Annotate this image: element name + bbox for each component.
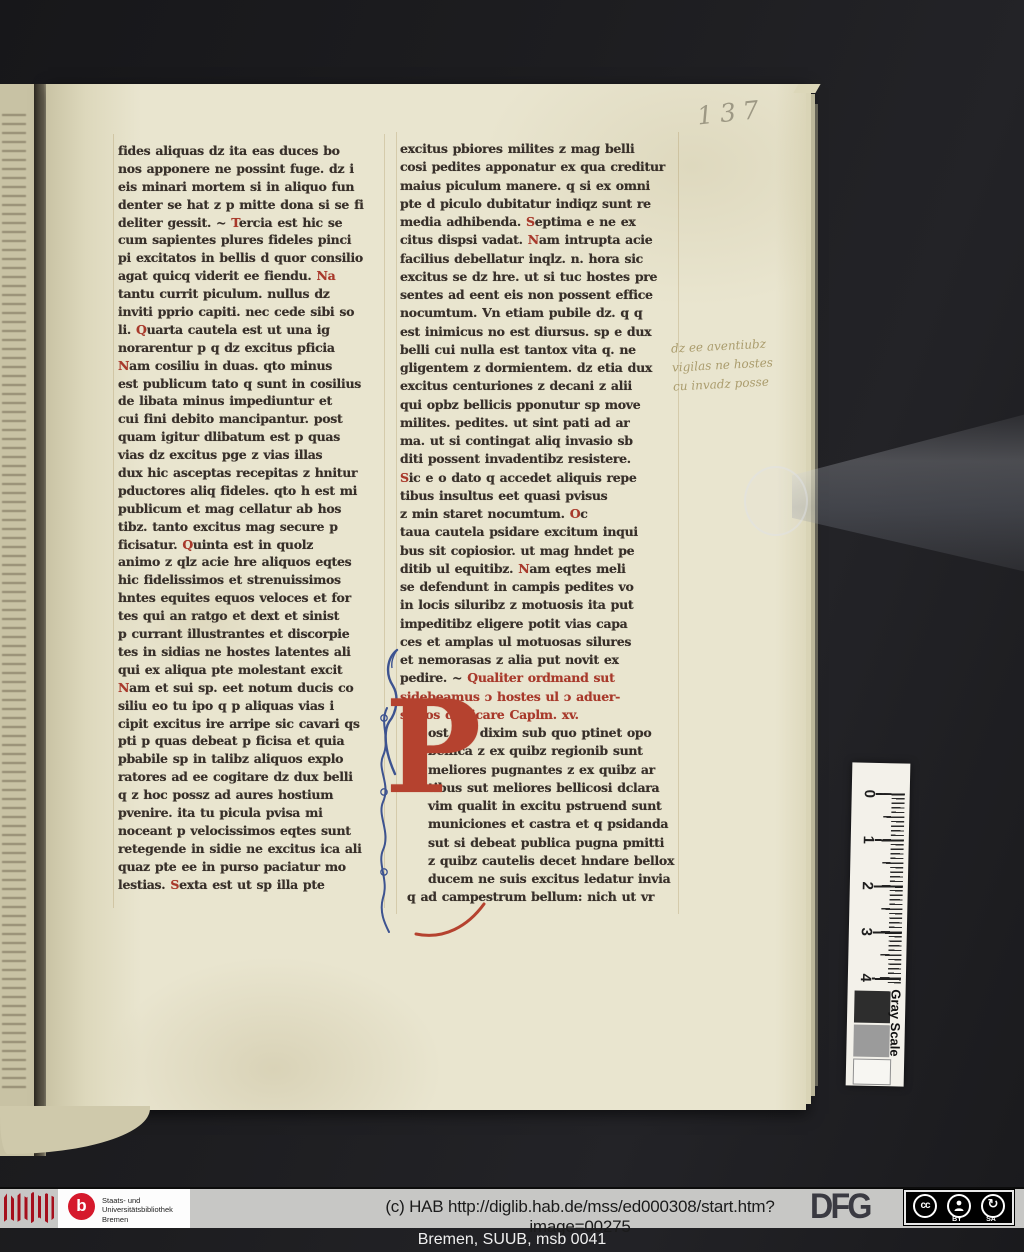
page-holder-strip [792,404,1024,582]
cc-by-label: BY [945,1216,969,1223]
manuscript-line: in locis siluribz z motuosis ita put [400,596,676,614]
manuscript-line: z min staret nocumtum. Oc [400,505,676,523]
manuscript-line: pvenire. ita tu picula pvisa mi [118,804,384,822]
manuscript-line: est inimicus no est diursus. sp e dux [400,323,676,341]
page-bottom-curve [0,1106,150,1154]
ink-text: li. [118,322,136,337]
manuscript-line: p currant illustrantes et discorpie [118,625,384,643]
ink-text: uinta est in quolz [193,537,313,552]
library-name-line: Universitätsbibliothek [102,1205,173,1214]
manuscript-line: pte d piculo dubitatur indiqz sunt re [400,195,676,213]
manuscript-line: cipit excitus ire arripe sic cavari qs [118,715,384,733]
gray-scale-label: Gray Scale [887,989,903,1057]
manuscript-line: tantu currit piculum. nullus dz [118,285,384,303]
rubricated-text: T [231,215,239,230]
cc-logo-icon: cc [913,1194,937,1218]
manuscript-line: maius piculum manere. q si ex omni [400,177,676,195]
manuscript-line: taua cautela psidare excitum inqui [400,523,676,541]
manuscript-line: siliu eo tu ipo q p aliquas vias i [118,697,384,715]
manuscript-line: tibus insultus eet quasi pvisus [400,487,676,505]
manuscript-line: pductores aliq fideles. qto h est mi [118,482,384,500]
previous-leaf-edge [0,84,34,1156]
grayscale-swatch-light [853,1059,892,1086]
manuscript-line: animo z qlz acie hre aliquos eqtes [118,553,384,571]
manuscript-line: norarentur p q dz excitus pficia [118,339,384,357]
ink-text: ficisatur. [118,537,182,552]
manuscript-line: excitus se dz hre. ut si tuc hostes pre [400,268,676,286]
rubricated-text: N [528,232,539,247]
rubricated-text: Q [136,322,147,337]
library-name-line: Staats- und [102,1196,173,1205]
manuscript-line: sentes ad eent eis non possent effice [400,286,676,304]
rubricated-text: S [526,214,535,229]
manuscript-line: Nam cosiliu in duas. qto minus [118,357,384,375]
manuscript-line: noceant p velocissimos eqtes sunt [118,822,384,840]
grayscale-swatch-mid [853,1025,890,1058]
rubricated-text: N [118,680,129,695]
ink-text: am eqtes meli [529,561,625,576]
manuscript-line: pti p quas debeat p ficisa et quia [118,732,384,750]
manuscript-line: inviti pprio capiti. nec cede sibi so [118,303,384,321]
manuscript-line: tibz. tanto excitus mag secure p [118,518,384,536]
manuscript-line: milites. pedites. ut sint pati ad ar [400,414,676,432]
manuscript-line: agat quicq viderit ee fiendu. Na [118,267,384,285]
rubricated-text: N [518,561,529,576]
manuscript-line: lestias. Sexta est ut sp illa pte [118,876,384,894]
manuscript-line: li. Quarta cautela est ut una ig [118,321,384,339]
manuscript-line: ducem ne suis excitus ledatur invia [400,870,676,888]
ruler-number: 3 [853,920,875,942]
manuscript-line: dux hic asceptas recepitas z hnitur [118,464,384,482]
manuscript-line: retegende in sidie ne excitus ica ali [118,840,384,858]
measuring-ruler: 0 1 2 3 4 Gray Scale [846,762,911,1086]
manuscript-line: hic fidelissimos et strenuissimos [118,571,384,589]
leaf-corner [793,84,820,93]
ruling-line [113,134,114,908]
manuscript-line: bus sit copiosior. ut mag hndet pe [400,542,676,560]
manuscript-line: z quibz cautelis decet hndare bellox [400,852,676,870]
manuscript-line: ditib ul equitibz. Nam eqtes meli [400,560,676,578]
manuscript-line: deliter gessit. ~ Tercia est hic se [118,214,384,232]
rubricated-text: O [570,506,581,521]
manuscript-line: tes qui an ratgo et dext et sinist [118,607,384,625]
ink-text: citus dispsi vadat. [400,232,528,247]
dfg-logo: DFG [810,1188,870,1226]
manuscript-line: ratores ad ee cogitare dz dux belli [118,768,384,786]
ink-text: c [580,506,587,521]
fore-edge-leaf [815,104,818,1086]
digitized-manuscript-photo: 137 fides aliquas dz ita eas duces bonos… [0,0,1024,1252]
manuscript-line: est publicum tato q sunt in cosilius [118,375,384,393]
manuscript-line: denter se hat z p mitte dona si se fi [118,196,384,214]
rubricated-text: S [400,470,409,485]
suub-barcode-logo-icon [4,1192,54,1223]
manuscript-line: eis minari mortem si in aliquo fun [118,178,384,196]
library-logo-block: b Staats- und Universitätsbibliothek Bre… [58,1189,190,1228]
manuscript-line: sut si debeat publica pugna pmitti [400,834,676,852]
rubricated-text: Qualiter ordmand sut [467,670,614,685]
manuscript-line: de libata minus impediuntur et [118,392,384,410]
manuscript-line: excitus centuriones z decani z alii [400,377,676,395]
ink-text: z min staret nocumtum. [400,506,570,521]
ink-text: uarta cautela est ut una ig [147,322,330,337]
manuscript-line: pi excitatos in bellis d quor consilio [118,249,384,267]
ink-text: deliter gessit. ~ [118,215,231,230]
manuscript-line: fides aliquas dz ita eas duces bo [118,142,384,160]
rubricated-text: N [118,358,129,373]
book-gutter-shadow [34,84,46,1156]
ink-text: eptima e ne ex [535,214,636,229]
ruler-number: 4 [852,966,874,988]
manuscript-line: ces et amplas ul motuosas silures [400,633,676,651]
manuscript-line: nos apponere ne possint fuge. dz i [118,160,384,178]
manuscript-line: excitus pbiores milites z mag belli [400,140,676,158]
manuscript-line: ficisatur. Quinta est in quolz [118,536,384,554]
manuscript-line: tes in sidias ne hostes latentes ali [118,643,384,661]
creative-commons-block: cc ↻ BY SA [903,1189,1015,1226]
library-name-line: Bremen [102,1215,173,1224]
manuscript-line: gligentem z dormientem. dz etia dux [400,359,676,377]
red-swash-icon [408,900,488,944]
manuscript-line: cui fini debito mancipantur. post [118,410,384,428]
manuscript-line: cum sapientes plures fideles pinci [118,231,384,249]
manuscript-line: nocumtum. Vn etiam pubile dz. q q [400,304,676,322]
manuscript-line: media adhibenda. Septima e ne ex [400,213,676,231]
rubricated-text: Q [182,537,193,552]
ink-text: ic e o dato q accedet aliquis repe [409,470,637,485]
ink-text: media adhibenda. [400,214,526,229]
manuscript-line: facilius debellatur inqlz. n. hora sic [400,250,676,268]
cc-by-person-icon [947,1194,971,1218]
manuscript-line: quaz pte ee in purso paciatur mo [118,858,384,876]
manuscript-line: pbabile sp in talibz aliquos explo [118,750,384,768]
ink-text: exta est ut sp illa pte [179,877,324,892]
left-text-column: fides aliquas dz ita eas duces bonos app… [118,142,384,893]
manuscript-line: quam igitur dlibatum est p quas [118,428,384,446]
ink-text: ercia est hic se [239,215,342,230]
manuscript-line: cosi pedites apponatur ex qua creditur [400,158,676,176]
ink-text: am intrupta acie [539,232,653,247]
cc-sa-arrow-icon: ↻ [981,1194,1005,1218]
ink-text: agat quicq viderit ee fiendu. [118,268,316,283]
manuscript-line: belli cui nulla est tantox vita q. ne [400,341,676,359]
grayscale-swatch-dark [854,991,891,1024]
manuscript-line: diti possent invadentibz resistere. [400,450,676,468]
manuscript-line: Sic e o dato q accedet aliquis repe [400,469,676,487]
ruler-number: 2 [854,874,876,896]
manuscript-line: hntes equites equos veloces et for [118,589,384,607]
ruler-number: 1 [855,828,877,850]
shelfmark-caption: Bremen, SUUB, msb 0041 [0,1231,1024,1249]
manuscript-line: Nam et sui sp. eet notum ducis co [118,679,384,697]
manuscript-line: ma. ut si contingat aliq invasio sb [400,432,676,450]
manuscript-line: publicum et mag cellatur ab hos [118,500,384,518]
page-holder-clip [744,466,808,536]
initial-letter-glyph: P [385,684,481,812]
library-b-logo-icon: b [68,1193,95,1220]
manuscript-line: citus dispsi vadat. Nam intrupta acie [400,231,676,249]
ink-text: am et sui sp. eet notum ducis co [129,680,353,695]
library-name: Staats- und Universitätsbibliothek Breme… [102,1196,173,1224]
ink-text: ditib ul equitibz. [400,561,518,576]
ruler-number: 0 [856,783,878,805]
ruling-line [678,132,679,914]
ruler-cm-ticks [872,793,905,985]
manuscript-line: impeditibz eligere potit vias capa [400,615,676,633]
manuscript-line: se defendunt in campis pedites vo [400,578,676,596]
rubricated-text: S [170,877,179,892]
manuscript-line: vias dz excitus pge z vias illas [118,446,384,464]
manuscript-line: qui opbz bellicis pponutur sp move [400,396,676,414]
manuscript-line: qui ex aliqua pte molestant excit [118,661,384,679]
manuscript-line: q z hoc possz ad aures hostium [118,786,384,804]
manuscript-line: et nemorasas z alia put novit ex [400,651,676,669]
cc-sa-label: SA [979,1216,1003,1223]
rubricated-text: Na [316,268,335,283]
marginal-annotation: dz ee aventiubzvigilas ne hostescu invad… [671,332,814,396]
ink-text: am cosiliu in duas. qto minus [129,358,332,373]
ink-text: lestias. [118,877,170,892]
